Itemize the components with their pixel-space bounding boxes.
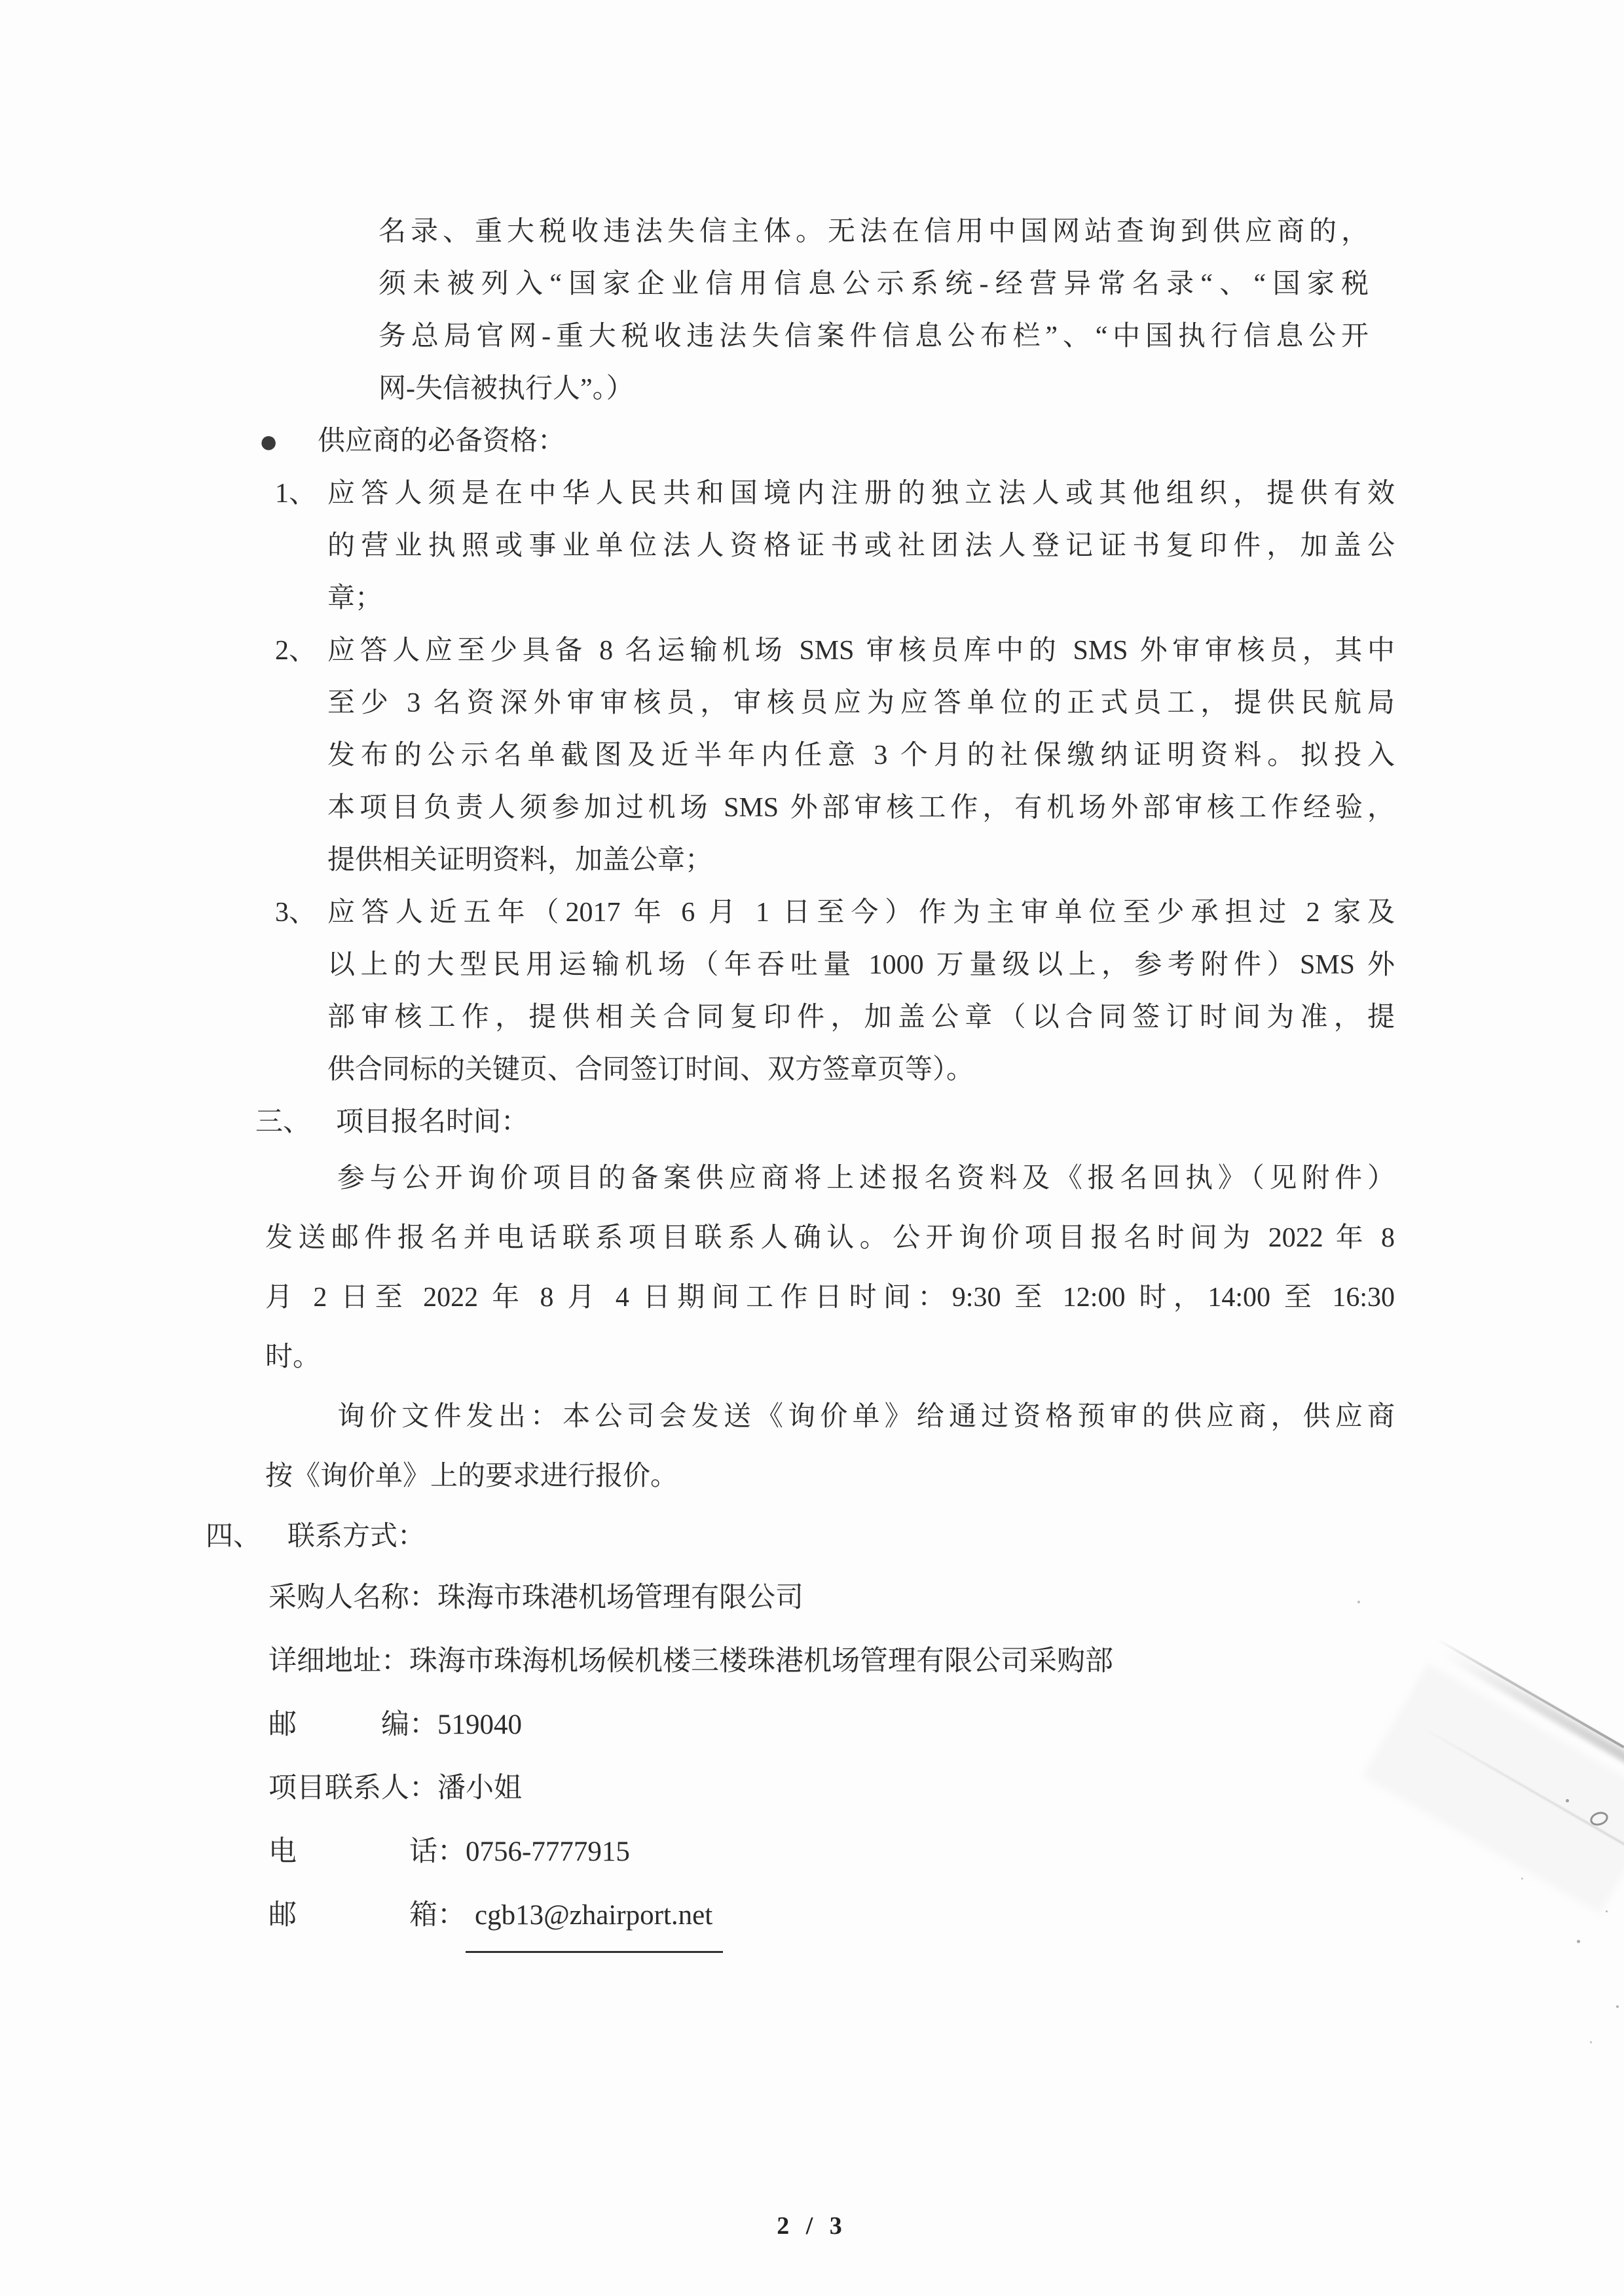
scan-speck <box>1566 1799 1569 1802</box>
email-label: 邮 箱： <box>268 1900 466 1931</box>
requirement-item-2: 2、 应答人应至少具备 8 名运输机场 SMS 审核员库中的 SMS 外审审核员… <box>255 625 1395 886</box>
registration-time-paragraph: 参与公开询价项目的备案供应商将上述报名资料及《报名回执》（见附件）发送邮件报名并… <box>265 1149 1395 1387</box>
purchaser-name-value: 珠海市珠港机场管理有限公司 <box>437 1582 803 1613</box>
requirement-text: 应答人须是在中华人民共和国境内注册的独立法人或其他组织，提供有效的营业执照或事业… <box>327 467 1395 625</box>
scan-speck <box>1577 1940 1580 1943</box>
email-row: 邮 箱：cgb13@zhairport.net <box>268 1884 1113 1953</box>
phone-row: 电 话：0756-7777915 <box>268 1820 1113 1884</box>
scan-speck <box>1357 1601 1360 1603</box>
purchaser-name-label: 采购人名称： <box>268 1582 437 1613</box>
scan-mark <box>1589 1810 1610 1828</box>
scan-speck <box>1590 2041 1592 2043</box>
inquiry-document-paragraph: 询价文件发出：本公司会发送《询价单》给通过资格预审的供应商，供应商按《询价单》上… <box>265 1387 1395 1506</box>
bullet-icon: ● <box>259 415 318 467</box>
postal-code-label: 邮 编： <box>268 1709 437 1740</box>
crease-shadow <box>1441 1647 1624 1768</box>
postal-code-row: 邮 编：519040 <box>268 1693 1113 1757</box>
scan-speck <box>1521 1878 1523 1880</box>
supplier-qualifications-heading: ●供应商的必备资格： <box>259 415 1395 467</box>
requirement-number: 2、 <box>275 625 316 677</box>
requirement-number: 1、 <box>275 467 316 520</box>
phone-label: 电 话： <box>268 1836 466 1867</box>
section4-number: 四、 <box>206 1510 287 1563</box>
scan-speck <box>1616 2005 1619 2008</box>
contact-person-label: 项目联系人： <box>268 1773 437 1804</box>
continuation-paragraph: 名录、重大税收违法失信主体。无法在信用中国网站查询到供应商的，须未被列入“国家企… <box>378 206 1369 415</box>
crease-line <box>1436 1638 1624 1748</box>
address-label: 详细地址： <box>268 1646 409 1677</box>
requirement-number: 3、 <box>275 886 316 939</box>
scanned-document-page: 名录、重大税收违法失信主体。无法在信用中国网站查询到供应商的，须未被列入“国家企… <box>0 0 1624 2296</box>
contact-info-block: 采购人名称：珠海市珠港机场管理有限公司 详细地址：珠海市珠海机场候机楼三楼珠港机… <box>268 1566 1113 1953</box>
page-number: 2 / 3 <box>0 2212 1624 2240</box>
section4-header: 四、联系方式： <box>206 1510 425 1563</box>
address-value: 珠海市珠海机场候机楼三楼珠港机场管理有限公司采购部 <box>409 1646 1113 1677</box>
crease-line-faint <box>1420 1726 1624 1847</box>
document-body-upper: 名录、重大税收违法失信主体。无法在信用中国网站查询到供应商的，须未被列入“国家企… <box>255 206 1395 1148</box>
address-row: 详细地址：珠海市珠海机场候机楼三楼珠港机场管理有限公司采购部 <box>268 1630 1113 1693</box>
section3-header: 三、项目报名时间： <box>255 1096 1395 1148</box>
requirement-text: 应答人近五年（2017 年 6 月 1 日至今）作为主审单位至少承担过 2 家及… <box>327 886 1395 1096</box>
postal-code-value: 519040 <box>437 1709 522 1740</box>
contact-person-row: 项目联系人：潘小姐 <box>268 1757 1113 1820</box>
requirement-item-1: 1、 应答人须是在中华人民共和国境内注册的独立法人或其他组织，提供有效的营业执照… <box>255 467 1395 625</box>
section3-number: 三、 <box>255 1096 336 1148</box>
purchaser-name-row: 采购人名称：珠海市珠港机场管理有限公司 <box>268 1566 1113 1630</box>
section4-title: 联系方式： <box>287 1522 425 1552</box>
phone-value: 0756-7777915 <box>466 1836 630 1867</box>
requirement-text: 应答人应至少具备 8 名运输机场 SMS 审核员库中的 SMS 外审审核员，其中… <box>327 625 1395 886</box>
scan-speck <box>1606 1910 1608 1912</box>
contact-person-value: 潘小姐 <box>437 1773 522 1804</box>
section3-title: 项目报名时间： <box>336 1107 528 1137</box>
crease-haze <box>1362 1663 1624 1914</box>
email-address: cgb13@zhairport.net <box>466 1884 723 1953</box>
requirement-item-3: 3、 应答人近五年（2017 年 6 月 1 日至今）作为主审单位至少承担过 2… <box>255 886 1395 1096</box>
supplier-qualifications-title: 供应商的必备资格： <box>318 426 565 456</box>
